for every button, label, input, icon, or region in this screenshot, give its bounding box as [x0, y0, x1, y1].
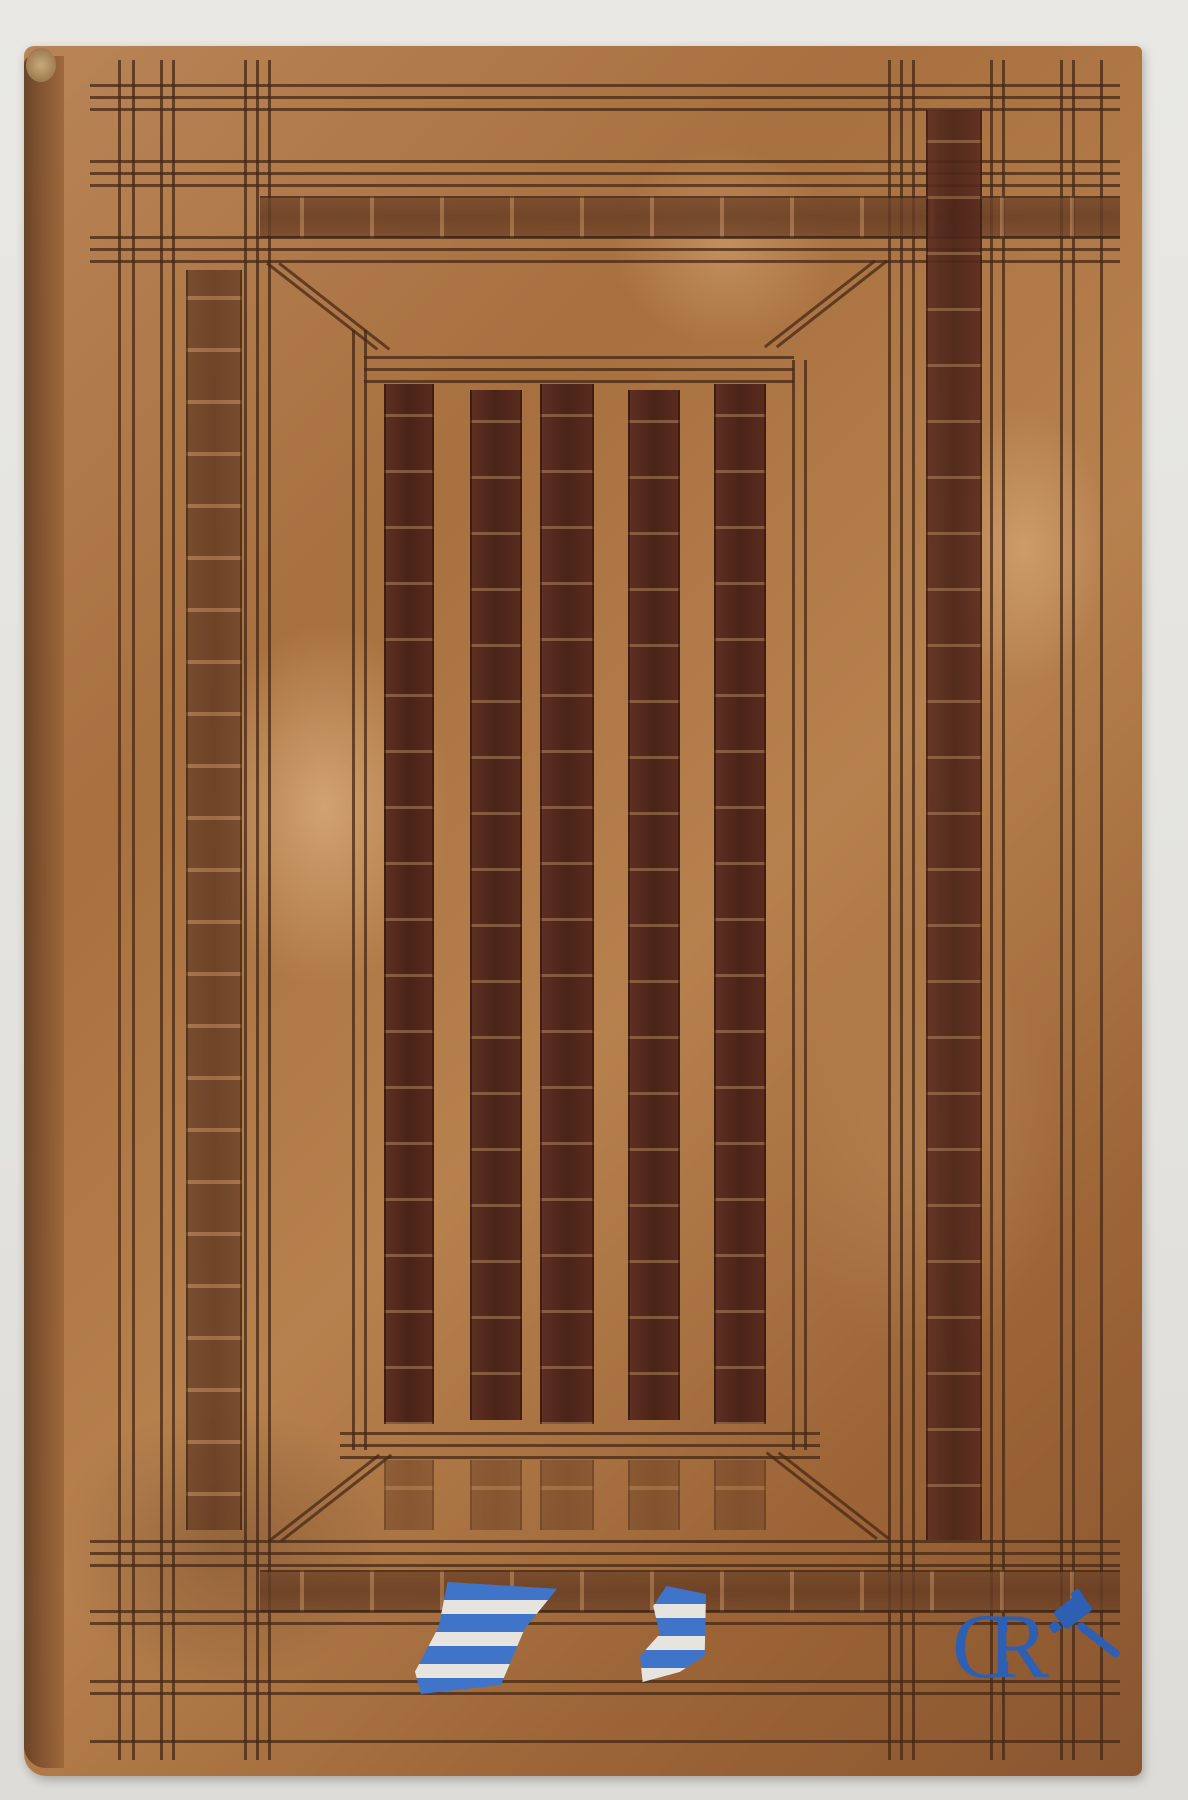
- center-strip-5: [714, 384, 766, 1424]
- center-strip-4: [628, 390, 680, 1420]
- left-roll-strip: [186, 270, 242, 1530]
- lower-strip-4: [628, 1460, 680, 1530]
- lower-strip-1: [384, 1460, 434, 1530]
- center-strip-2: [470, 390, 522, 1420]
- watermark-logo: CR: [950, 1586, 1140, 1726]
- right-roll-strip: [926, 110, 982, 1540]
- lower-strip-3: [540, 1460, 594, 1530]
- lower-strip-5: [714, 1460, 766, 1530]
- top-roll-band: [260, 196, 1120, 238]
- lower-strip-2: [470, 1460, 522, 1530]
- frayed-string: [26, 48, 56, 82]
- book-spine-edge: [24, 56, 64, 1768]
- center-strip-1: [384, 384, 434, 1424]
- center-strip-3: [540, 384, 594, 1424]
- watermark-text: CR: [952, 1600, 1023, 1692]
- gavel-icon: [1048, 1586, 1138, 1676]
